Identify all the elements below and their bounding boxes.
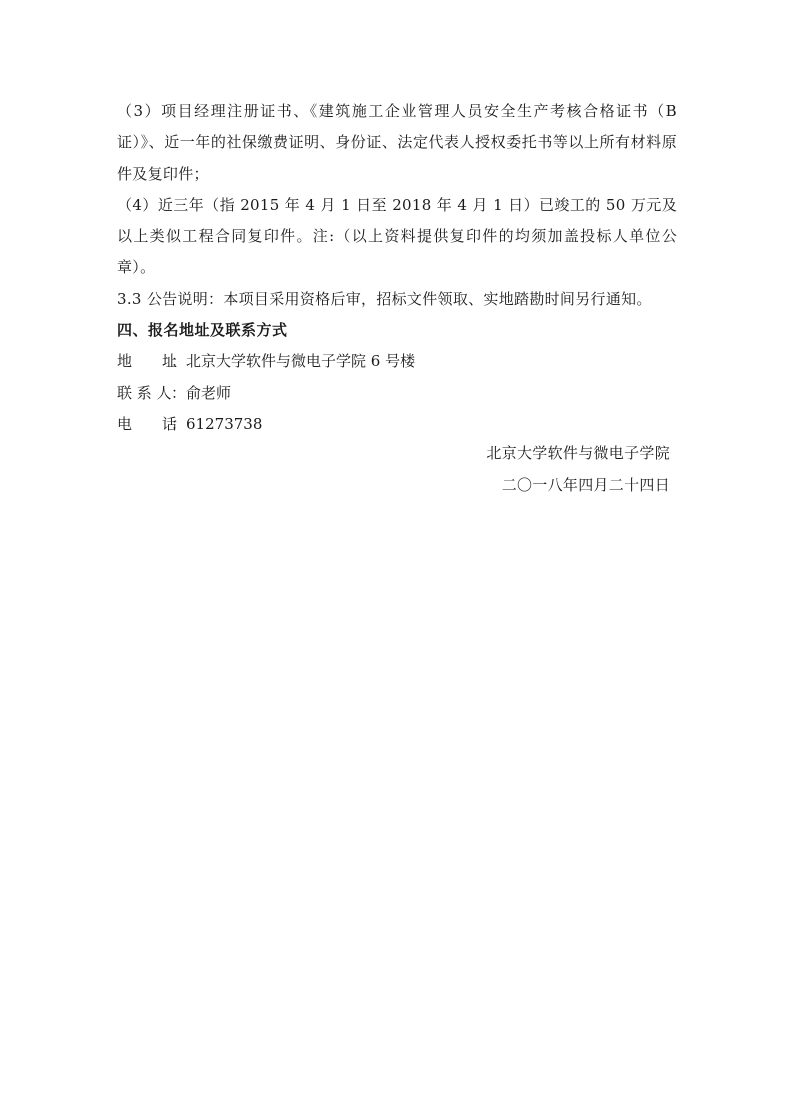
contact-label: 地 址 <box>117 346 171 377</box>
contact-phone-row: 电 话：61273738 <box>117 409 677 440</box>
paragraph-item-3: （3）项目经理注册证书、《建筑施工企业管理人员安全生产考核合格证书（B证）》、近… <box>117 96 677 190</box>
contact-label: 电 话 <box>117 409 171 440</box>
section-heading: 四、报名地址及联系方式 <box>117 315 677 346</box>
signature-organization: 北京大学软件与微电子学院 <box>486 438 670 470</box>
signature-date: 二〇一八年四月二十四日 <box>486 470 670 502</box>
contact-separator: ： <box>171 346 186 377</box>
contact-separator: ： <box>171 378 186 409</box>
contact-phone-value: 61273738 <box>186 409 262 440</box>
paragraph-announcement: 3.3 公告说明：本项目采用资格后审，招标文件领取、实地踏勘时间另行通知。 <box>117 284 677 315</box>
paragraph-item-4: （4）近三年（指 2015 年 4 月 1 日至 2018 年 4 月 1 日）… <box>117 190 677 284</box>
document-body: （3）项目经理注册证书、《建筑施工企业管理人员安全生产考核合格证书（B证）》、近… <box>117 96 677 440</box>
contact-address-row: 地 址：北京大学软件与微电子学院 6 号楼 <box>117 346 677 377</box>
contact-person-value: 俞老师 <box>186 378 231 409</box>
contact-person-row: 联 系 人：俞老师 <box>117 378 677 409</box>
signature-block: 北京大学软件与微电子学院 二〇一八年四月二十四日 <box>486 438 670 501</box>
contact-separator: ： <box>171 409 186 440</box>
contact-label: 联 系 人 <box>117 378 171 409</box>
contact-address-value: 北京大学软件与微电子学院 6 号楼 <box>186 346 415 377</box>
